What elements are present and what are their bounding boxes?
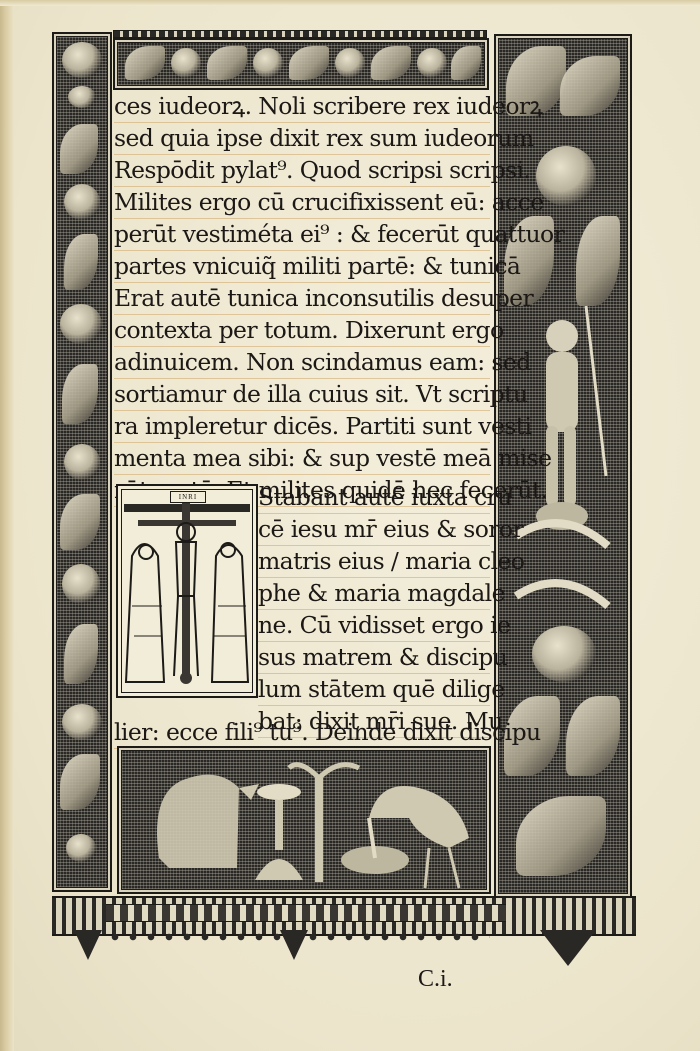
text-line-short: cē iesu mr̄ eius & soror bbox=[258, 513, 490, 546]
page-gutter-edge bbox=[0, 0, 14, 1051]
crucifixion-woodcut: INRI bbox=[116, 484, 258, 698]
text-line: ces iudeorꝝ. Noli scribere rex iudeorꝝ bbox=[114, 90, 490, 123]
crucifixion-illustration bbox=[118, 486, 256, 696]
text-line: lier: ecce fili⁹ tu⁹. Deinde dixit disci… bbox=[114, 716, 490, 749]
text-line: partes vnicuiq̃ militi partē: & tunicā bbox=[114, 250, 490, 283]
text-line: sortiamur de illa cuius sit. Vt scriptu bbox=[114, 378, 490, 411]
right-pendant-ornament bbox=[540, 930, 596, 966]
left-border-ornament bbox=[52, 32, 112, 892]
text-line: Respōdit pylat⁹. Quod scripsi scripsi. bbox=[114, 154, 490, 187]
text-line: sed quia ipse dixit rex sum iudeorum bbox=[114, 122, 490, 155]
text-line-short: sus matrem & discipu bbox=[258, 641, 490, 674]
text-line: adinuicem. Non scindamus eam: sed bbox=[114, 346, 490, 379]
titulus-inri: INRI bbox=[170, 491, 206, 503]
text-line: menta mea sibi: & sup vestē meā mise bbox=[114, 442, 490, 475]
text-line: ra impleretur dicēs. Partiti sunt vesti bbox=[114, 410, 490, 443]
text-line-short: lum stātem quē dilige bbox=[258, 673, 490, 706]
fox-goblet-crane-illustration bbox=[119, 748, 489, 892]
top-border-ornament bbox=[113, 38, 489, 90]
text-line: perūt vestiméta ei⁹ : & fecerūt quattuor bbox=[114, 218, 490, 251]
left-pendant-ornament bbox=[74, 930, 102, 960]
text-line-short: Stabant autē iuxta cru bbox=[258, 481, 490, 514]
page-top-edge bbox=[0, 0, 700, 6]
text-line-short: matris eius / maria cleo bbox=[258, 545, 490, 578]
text-line-short: ne. Cū vidisset ergo ie bbox=[258, 609, 490, 642]
text-line-short: phe & maria magdale bbox=[258, 577, 490, 610]
bottom-panel-ornament bbox=[117, 746, 491, 894]
text-line: contexta per totum. Dixerunt ergo bbox=[114, 314, 490, 347]
top-border-strip bbox=[113, 30, 487, 38]
text-line: Milites ergo cū crucifixissent eū: acce bbox=[114, 186, 490, 219]
text-line: Erat autē tunica inconsutilis desuper bbox=[114, 282, 490, 315]
center-pendant-ornament bbox=[280, 930, 308, 960]
folio-signature: C.i. bbox=[418, 966, 453, 993]
